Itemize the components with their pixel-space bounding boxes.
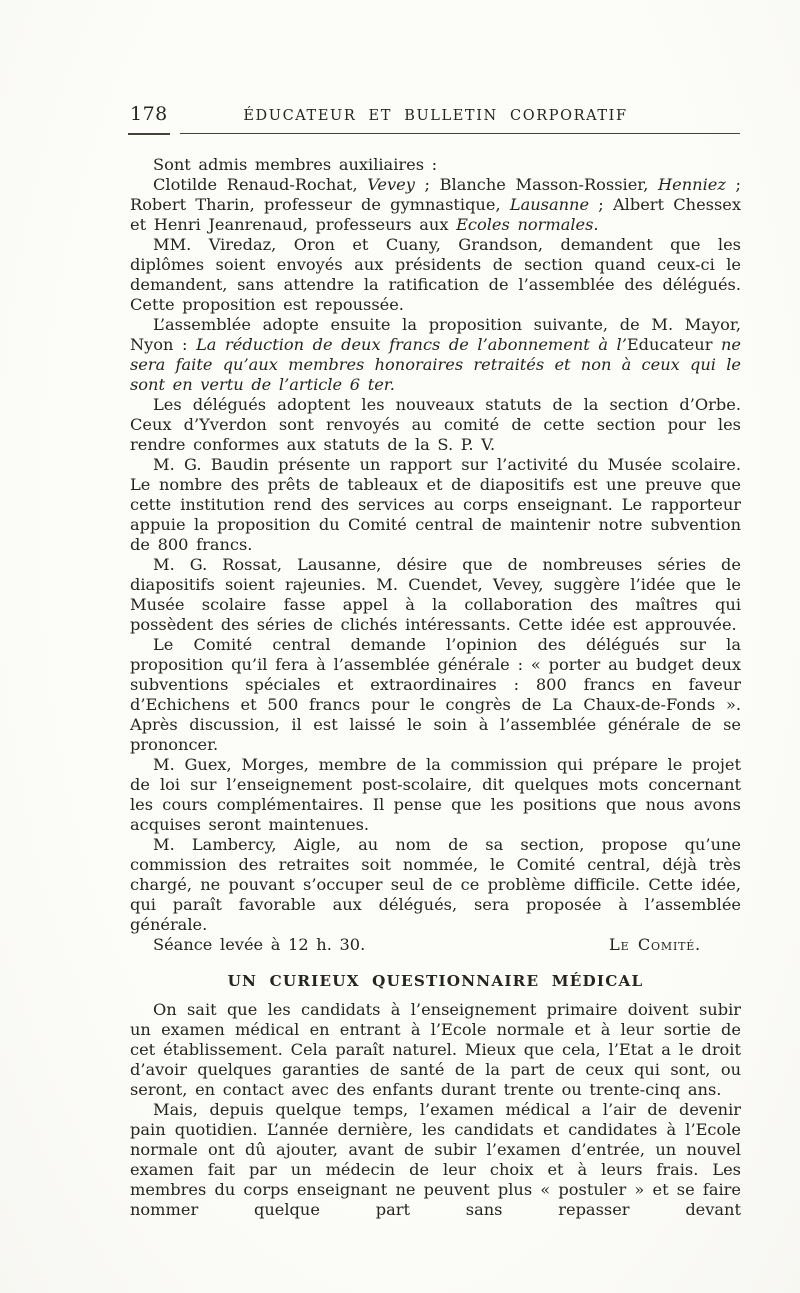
- assembly-minutes-section: Sont admis membres auxiliaires :Clotilde…: [130, 155, 741, 935]
- paragraph: M. Lambercy, Aigle, au nom de sa section…: [130, 835, 741, 935]
- text-segment: M. Lambercy, Aigle, au nom de sa section…: [130, 835, 741, 934]
- article-body-section: On sait que les candidats à l’enseigneme…: [130, 1000, 741, 1220]
- paragraph: Sont admis membres auxiliaires :: [130, 155, 741, 175]
- text-segment: Le Comité central demande l’opinion des …: [130, 635, 741, 754]
- text-segment: MM. Viredaz, Oron et Cuany, Grandson, de…: [130, 235, 741, 314]
- journal-title: ÉDUCATEUR ET BULLETIN CORPORATIF: [130, 108, 741, 124]
- paragraph: L’assemblée adopte ensuite la propositio…: [130, 315, 741, 395]
- text-segment: Sont admis membres auxiliaires :: [153, 155, 437, 174]
- italic-text-segment: Vevey: [367, 175, 415, 194]
- paragraph: M. G. Baudin présente un rapport sur l’a…: [130, 455, 741, 555]
- italic-text-segment: Lausanne: [510, 195, 589, 214]
- text-segment: Mais, depuis quelque temps, l’examen méd…: [130, 1100, 741, 1219]
- paragraph: Mais, depuis quelque temps, l’examen méd…: [130, 1100, 741, 1220]
- text-segment: On sait que les candidats à l’enseigneme…: [130, 1000, 741, 1099]
- paragraph: Clotilde Renaud-Rochat, Vevey ; Blanche …: [130, 175, 741, 235]
- italic-text-segment: La réduction de deux francs de l’abonnem…: [196, 335, 627, 354]
- text-segment: Educateur: [627, 335, 713, 354]
- text-segment: Les délégués adoptent les nouveaux statu…: [130, 395, 741, 454]
- paragraph: On sait que les candidats à l’enseigneme…: [130, 1000, 741, 1100]
- text-segment: M. G. Rossat, Lausanne, désire que de no…: [130, 555, 741, 634]
- header-rule: [128, 132, 742, 135]
- page-header: 178 ÉDUCATEUR ET BULLETIN CORPORATIF: [130, 103, 741, 131]
- session-closing-line: Séance levée à 12 h. 30.: [130, 935, 365, 955]
- text-segment: Clotilde Renaud-Rochat,: [153, 175, 367, 194]
- paragraph: MM. Viredaz, Oron et Cuany, Grandson, de…: [130, 235, 741, 315]
- text-segment: ; Blanche Masson-Rossier,: [415, 175, 658, 194]
- paragraph: M. G. Rossat, Lausanne, désire que de no…: [130, 555, 741, 635]
- document-page: 178 ÉDUCATEUR ET BULLETIN CORPORATIF Son…: [0, 0, 800, 1293]
- italic-text-segment: Ecoles normales.: [456, 215, 598, 234]
- text-segment: M. Guex, Morges, membre de la commission…: [130, 755, 741, 834]
- signature-row: Séance levée à 12 h. 30. Le Comité.: [130, 935, 741, 955]
- page-body: Sont admis membres auxiliaires :Clotilde…: [130, 155, 741, 1220]
- committee-signature: Le Comité.: [609, 935, 741, 955]
- header-rule-short-segment: [128, 133, 170, 135]
- paragraph: M. Guex, Morges, membre de la commission…: [130, 755, 741, 835]
- paragraph: Le Comité central demande l’opinion des …: [130, 635, 741, 755]
- article-heading: UN CURIEUX QUESTIONNAIRE MÉDICAL: [130, 971, 741, 991]
- italic-text-segment: Henniez: [658, 175, 726, 194]
- paragraph: Les délégués adoptent les nouveaux statu…: [130, 395, 741, 455]
- header-rule-long-segment: [180, 133, 740, 135]
- text-segment: M. G. Baudin présente un rapport sur l’a…: [130, 455, 741, 554]
